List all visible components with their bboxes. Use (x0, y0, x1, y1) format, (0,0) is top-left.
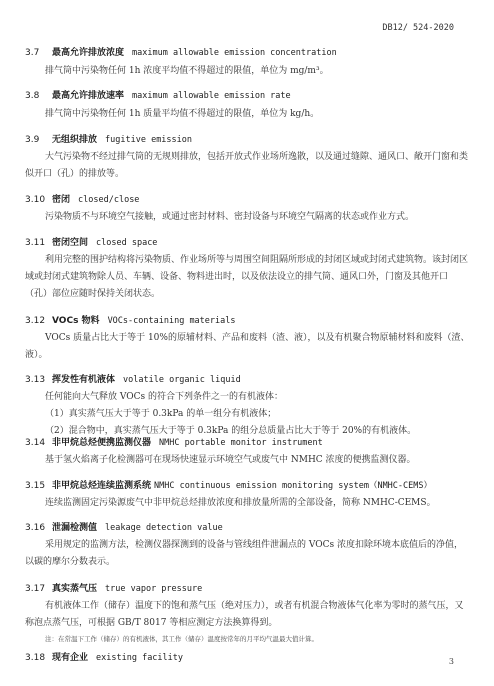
section-heading-3-15: 3.15非甲烷总烃连续监测系统NMHC continuous emission … (25, 478, 432, 491)
document-code: DB12/ 524-2020 (382, 23, 454, 33)
section-heading-3-8: 3.8最高允许排放速率maximum allowable emission ra… (25, 88, 291, 101)
section-heading-3-9: 3.9无组织排放fugitive emission (25, 132, 192, 145)
section-heading-3-7: 3.7最高允许排放浓度maximum allowable emission co… (25, 45, 337, 58)
section-body-3-14: 基于氢火焰离子化检测器可在现场快速显示环境空气或废气中 NMHC 浓度的便携监测… (25, 452, 470, 469)
section-heading-3-10: 3.10密闭closed/close (25, 192, 139, 205)
note: 注：在常温下工作（储存）的有机液体，其工作（储存）温度按常年的月平均气温最大值计… (45, 634, 318, 643)
section-body-3-16: 采用规定的监测方法，检测仪器探测到的设备与管线组件泄漏点的 VOCs 浓度扣除环… (25, 537, 470, 571)
section-body-3-8: 排气筒中污染物任何 1h 质量平均值不得超过的限值，单位为 kg/h。 (25, 106, 470, 123)
section-body-3-10: 污染物质不与环境空气接触，或通过密封材料、密封设备与环境空气隔离的状态或作业方式… (25, 209, 470, 226)
page-number: 3 (449, 657, 454, 666)
section-body-3-17: 有机液体工作（储存）温度下的饱和蒸气压（绝对压力），或者有机混合物液体气化率为零… (25, 598, 470, 632)
section-body-3-13: 任何能向大气释放 VOCs 的符合下列条件之一的有机液体： (25, 389, 470, 406)
list-item: （1）真实蒸气压大于等于 0.3kPa 的单一组分有机液体； (25, 406, 470, 423)
section-body-3-7: 排气筒中污染物任何 1h 浓度平均值不得超过的限值，单位为 mg/m³。 (25, 63, 470, 80)
section-heading-3-11: 3.11密闭空间closed space (25, 235, 157, 248)
section-heading-3-18: 3.18现有企业existing facility (25, 650, 183, 663)
section-heading-3-14: 3.14非甲烷总烃便携监测仪器NMHC portable monitor ins… (25, 435, 323, 448)
section-body-3-9: 大气污染物不经过排气筒的无规则排放，包括开放式作业场所逸散，以及通过缝隙、通风口… (25, 149, 470, 183)
section-body-3-15: 连续监测固定污染源废气中非甲烷总烃排放浓度和排放量所需的全部设备，简称 NMHC… (25, 495, 470, 512)
section-heading-3-12: 3.12VOCs 物料VOCs-containing materials (25, 313, 236, 326)
section-body-3-11: 利用完整的围护结构将污染物质、作业场所等与周围空间阻隔所形成的封闭区域或封闭式建… (25, 252, 470, 303)
section-body-3-12: VOCs 质量占比大于等于 10%的原辅材料、产品和废料（渣、液），以及有机聚合… (25, 330, 470, 364)
section-heading-3-16: 3.16泄漏检测值leakage detection value (25, 520, 223, 533)
section-heading-3-13: 3.13挥发性有机液体volatile organic liquid (25, 372, 241, 385)
section-heading-3-17: 3.17真实蒸气压true vapor pressure (25, 581, 202, 594)
